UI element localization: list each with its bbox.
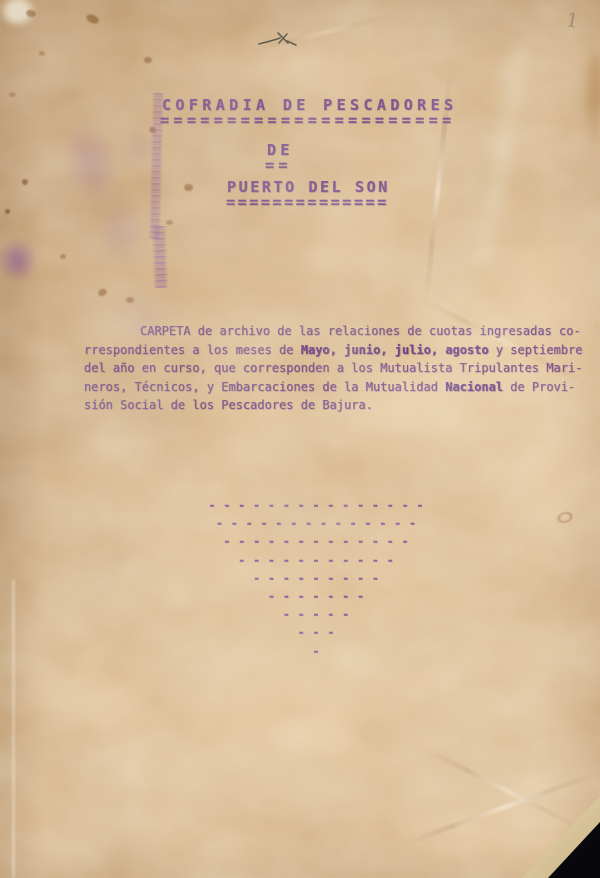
brown-stain-spot — [39, 51, 45, 56]
line-text: rrespondientes a los meses de — [84, 343, 301, 357]
pencil-mark: 1 — [564, 7, 581, 33]
line-text: sión Social de los Pescadores de Bajura. — [84, 398, 373, 412]
torn-corner-chip — [0, 0, 44, 34]
line-text: y septiembre — [489, 343, 583, 357]
dash-row: - - - - - - - - - - - - - - — [32, 514, 600, 532]
paragraph-line: CARPETA de archivo de las relaciones de … — [84, 322, 596, 341]
edge-stain — [586, 52, 600, 144]
dash-row: - - - — [32, 623, 600, 641]
line-text: del año en curso, que corresponden a los… — [84, 361, 583, 375]
brown-stain-spot — [166, 220, 173, 225]
red-stain-spot — [22, 179, 28, 185]
line-text-bold: Nacional — [445, 380, 503, 394]
dash-row: - - - - - - - - - - - - - - - — [32, 496, 600, 514]
brown-stain-spot — [60, 254, 66, 259]
dash-row: - - - - - - - — [32, 587, 600, 605]
dash-row: - - - - - — [32, 605, 600, 623]
line-text-bold: Mayo, junio, julio, agosto — [301, 343, 489, 357]
paragraph-line: del año en curso, que corresponden a los… — [84, 359, 596, 378]
dash-row: - - - - - - - - - - - — [32, 551, 600, 569]
brown-stain-spot — [144, 57, 152, 63]
paper-crease — [427, 748, 588, 833]
document-page: COFRADIA DE PESCADORES =================… — [0, 0, 600, 878]
line-text: CARPETA de archivo de las relaciones de … — [140, 324, 581, 338]
red-stain-spot — [5, 209, 10, 214]
title-underline-1: ====================== — [160, 113, 455, 128]
fold-highlight — [477, 37, 529, 266]
ink-smudge — [0, 230, 44, 290]
line-text: neros, Técnicos, y Embarcaciones de la M… — [84, 380, 445, 394]
dash-row: - - - - - - - - - — [32, 569, 600, 587]
title-underline-3: ============== — [226, 195, 389, 210]
paragraph-line: sión Social de los Pescadores de Bajura. — [84, 396, 596, 415]
brown-stain-spot — [9, 92, 16, 97]
dash-separator: - - - - - - - - - - - - - - - - - - - - … — [0, 496, 600, 660]
title-underline-2: == — [265, 158, 292, 173]
dash-row: - — [32, 642, 600, 660]
ink-scribble-mark — [258, 28, 304, 56]
paragraph-line: neros, Técnicos, y Embarcaciones de la M… — [84, 378, 596, 397]
brown-stain-spot — [184, 184, 193, 191]
body-paragraph: CARPETA de archivo de las relaciones de … — [84, 322, 596, 415]
paragraph-line: rrespondientes a los meses de Mayo, juni… — [84, 341, 596, 360]
ink-smudge — [88, 182, 156, 280]
ink-streak — [151, 226, 169, 289]
dash-row: - - - - - - - - - - - - - — [32, 532, 600, 550]
line-text: de Provi- — [503, 380, 575, 394]
photo-backdrop: COFRADIA DE PESCADORES =================… — [0, 0, 600, 878]
brown-stain-spot — [85, 13, 100, 26]
